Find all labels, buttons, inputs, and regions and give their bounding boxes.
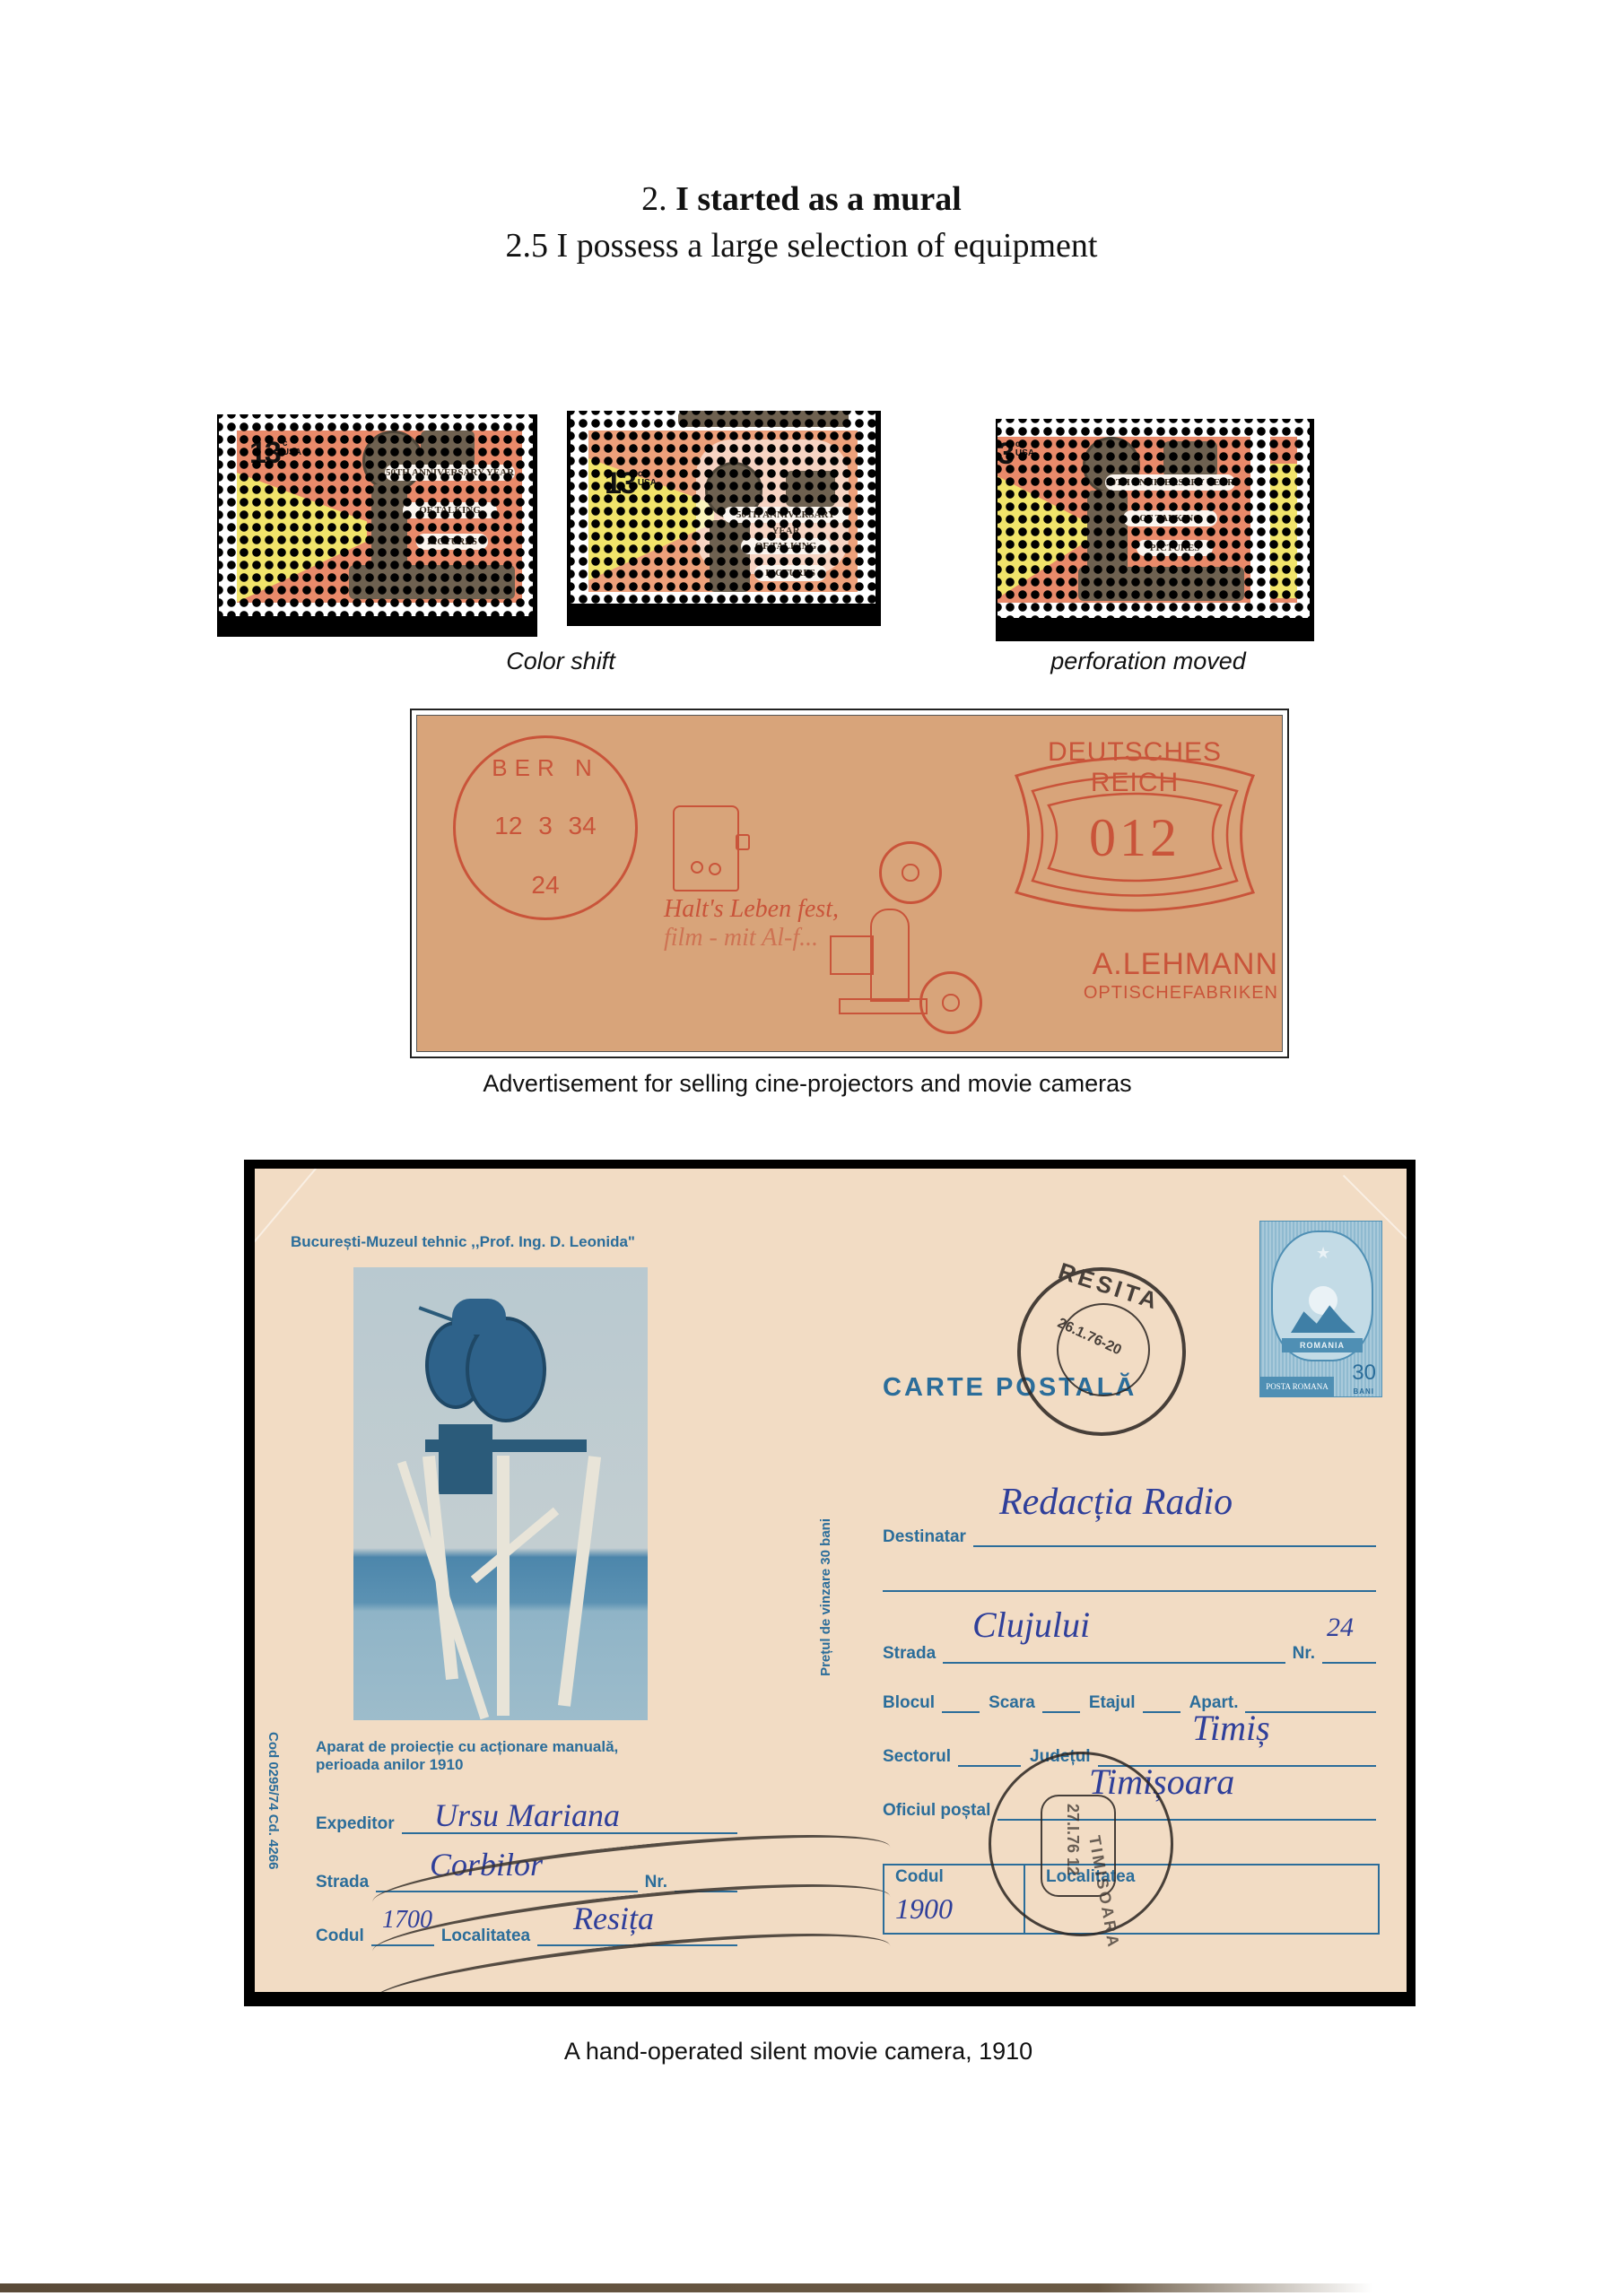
imprinted-stamp: ★ ROMANIA POSTA ROMANA 30 BANI (1259, 1221, 1382, 1397)
postcard: București-Muzeul tehnic ,,Prof. Ing. D. … (255, 1169, 1407, 1992)
recipient-code-value: 1900 (895, 1892, 953, 1926)
caption-perforation-moved: perforation moved (996, 648, 1301, 675)
stamp-perforation-moved: 3cUSA 50TH ANNIVERSARY YEAR OF TALKING P… (998, 419, 1310, 618)
indicium-posta: POSTA ROMANA (1260, 1377, 1334, 1396)
caption-postcard: A hand-operated silent movie camera, 191… (404, 2038, 1193, 2066)
resita-postmark: RESITA 26.1.76-20 (1017, 1267, 1186, 1436)
projector-reel-icon (879, 841, 942, 904)
firm-name: A.LEHMANN (991, 947, 1278, 982)
projector-reel-icon (362, 430, 423, 491)
postmark-city: BER N (456, 754, 635, 782)
cine-projector-icon (870, 909, 910, 1002)
price-note: Prețul de vinzare 30 bani (818, 1518, 833, 1676)
postmark-date: 12 3 34 (456, 812, 635, 840)
stamp-denomination: 13 (249, 436, 280, 470)
recipient-line-2 (883, 1590, 1376, 1592)
stamp-color-shift-b: 13cUSA 50TH ANNIVERSARY YEAR OF TALKING … (571, 411, 876, 604)
page-heading: 2. I started as a mural (0, 179, 1603, 219)
projector-icon (710, 520, 750, 592)
caption-meter-cover: Advertisement for selling cine-projector… (404, 1070, 1211, 1098)
page-subheading: 2.5 I possess a large selection of equip… (0, 226, 1603, 265)
sender-name-value: Ursu Mariana (434, 1796, 620, 1834)
stamp-mount-2: 13cUSA 50TH ANNIVERSARY YEAR OF TALKING … (567, 411, 881, 626)
recipient-blocul: Blocul Scara Etajul Apart. (883, 1693, 1376, 1713)
movie-camera-icon (673, 805, 739, 891)
stamp-mount-1: 13cUSA 50TH ANNIVERSARY YEAR OF TALKING … (217, 414, 537, 637)
meter-cover-frame: BER N 12 3 34 24 Halt's Leben fest, film… (410, 709, 1289, 1058)
indicium-value: 30 (1352, 1361, 1376, 1386)
slogan: Halt's Leben fest, film - mit Al-f... (664, 895, 839, 952)
stamp-mount-3: 3cUSA 50TH ANNIVERSARY YEAR OF TALKING P… (996, 419, 1314, 641)
recipient-strada: Strada Nr. (883, 1644, 1376, 1664)
projector-photo (353, 1267, 648, 1720)
recipient-nr-value: 24 (1327, 1613, 1354, 1643)
stamp-ribbon-text: 50TH ANNIVERSARY YEAR (385, 465, 515, 481)
stamp-denomination: 13 (605, 466, 635, 500)
stamp-color-shift-a: 13cUSA 50TH ANNIVERSARY YEAR OF TALKING … (219, 414, 533, 616)
franking-mark: DEUTSCHES REICH 012 (1009, 735, 1260, 915)
postcard-mount: București-Muzeul tehnic ,,Prof. Ing. D. … (244, 1160, 1416, 2006)
coat-of-arms-icon: ★ ROMANIA (1271, 1231, 1373, 1361)
heading-title: I started as a mural (675, 180, 962, 218)
recipient-county-value: Timiș (1192, 1707, 1270, 1749)
page-edge-shadow (0, 2283, 1372, 2292)
recipient-street-value: Clujului (972, 1604, 1090, 1646)
berlin-postmark: BER N 12 3 34 24 (453, 735, 638, 920)
frank-value: 012 (1009, 807, 1260, 869)
projector-reel-icon (919, 971, 982, 1034)
heading-number: 2. (641, 180, 667, 218)
postmark-number: 24 (456, 871, 635, 900)
caption-color-shift: Color shift (422, 648, 700, 675)
recipient-destinatar: Destinatar (883, 1527, 1376, 1547)
museum-label: București-Muzeul tehnic ,,Prof. Ing. D. … (291, 1233, 635, 1251)
indicium-unit: BANI (1353, 1387, 1374, 1396)
meter-cover: BER N 12 3 34 24 Halt's Leben fest, film… (416, 715, 1283, 1052)
timisoara-postmark: TIMISOARA 27.I.76 12 (989, 1752, 1173, 1936)
stamp-denomination: 3 (998, 437, 1013, 471)
firm-subtitle: OPTISCHEFABRIKEN (991, 983, 1278, 1004)
star-icon: ★ (1316, 1245, 1330, 1261)
photo-description: Aparat de proiecție cu acționare manuală… (316, 1738, 746, 1774)
side-code: Cod 0295/74 Cd. 4266 (266, 1732, 281, 1869)
frank-header: DEUTSCHES REICH (1009, 737, 1260, 798)
recipient-name-value: Redacția Radio (999, 1481, 1233, 1524)
